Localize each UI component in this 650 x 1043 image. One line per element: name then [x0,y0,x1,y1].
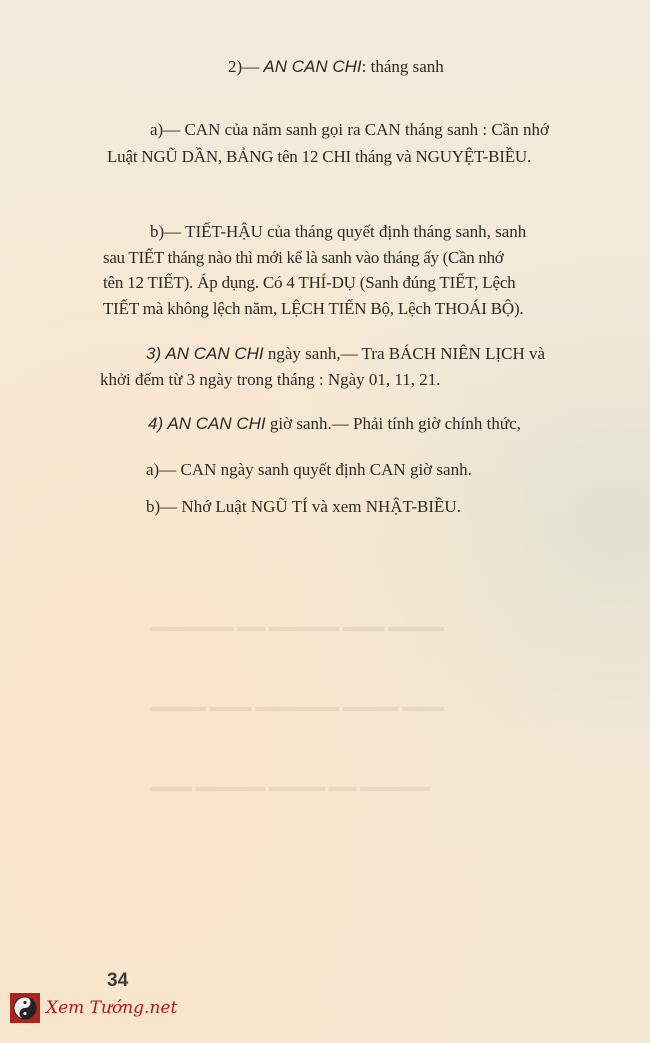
paragraph-a-line-1: a)— CAN của năm sanh gọi ra CAN tháng sa… [150,120,549,140]
paragraph-4b: b)— Nhớ Luật NGŨ TÍ và xem NHẬT-BIỀU. [146,497,461,517]
book-page: ▬▬▬▬ ▬▬▬ ▬▬▬▬▬ ▬▬ ▬▬▬▬▬▬ ▬▬▬ ▬▬▬▬ ▬▬▬▬▬▬… [0,0,650,1043]
bleed-through-decoration: ▬▬▬▬▬ ▬▬ ▬▬▬▬ ▬▬▬▬▬ ▬▬▬ [150,780,430,796]
paragraph-a-line-2: Luật NGŨ DẦN, BẢNG tên 12 CHI tháng và N… [107,147,531,167]
watermark-text: Xem Tướng.net [46,998,177,1018]
heading-number: 2)— [228,57,259,76]
bleed-through-decoration: ▬▬▬▬ ▬▬▬ ▬▬▬▬▬ ▬▬ ▬▬▬▬▬▬ [150,620,444,636]
section-heading: 2)— AN CAN CHI: tháng sanh [228,57,444,77]
paragraph-4a: a)— CAN ngày sanh quyết định CAN giờ san… [146,460,472,480]
heading-title: AN CAN CHI [263,57,361,76]
yin-yang-icon [10,993,40,1023]
paragraph-b-line-2: sau TIẾT tháng nào thì mới kể là sanh và… [103,248,503,268]
paragraph-b-line-4: TIẾT mà không lệch năm, LỆCH TIẾN Bộ, Lệ… [103,299,523,319]
heading-subtitle: : tháng sanh [362,57,444,76]
paragraph-4-number: 4) [148,414,163,433]
paragraph-4-line-1: 4) AN CAN CHI giờ sanh.— Phải tính giờ c… [148,414,521,434]
paragraph-b-line-3: tên 12 TIẾT). Áp dụng. Có 4 THÍ-DỤ (Sanh… [103,273,515,293]
page-number: 34 [107,970,128,992]
paragraph-3-title: AN CAN CHI [165,344,263,363]
paragraph-4-title: AN CAN CHI [167,414,265,433]
paragraph-3-line-2: khởi đếm từ 3 ngày trong tháng : Ngày 01… [100,370,441,390]
watermark: Xem Tướng.net [10,993,177,1023]
paragraph-4-text: giờ sanh.— Phải tính giờ chính thức, [266,414,521,433]
paragraph-3-line-1: 3) AN CAN CHI ngày sanh,— Tra BÁCH NIÊN … [146,344,545,364]
bleed-through-decoration: ▬▬▬ ▬▬▬▬ ▬▬▬▬▬▬ ▬▬▬ ▬▬▬▬ [150,700,444,716]
paragraph-3-number: 3) [146,344,161,363]
paragraph-b-line-1: b)— TIẾT-HẬU của tháng quyết định tháng … [150,222,526,242]
paragraph-3-text: ngày sanh,— Tra BÁCH NIÊN LỊCH và [264,344,545,363]
